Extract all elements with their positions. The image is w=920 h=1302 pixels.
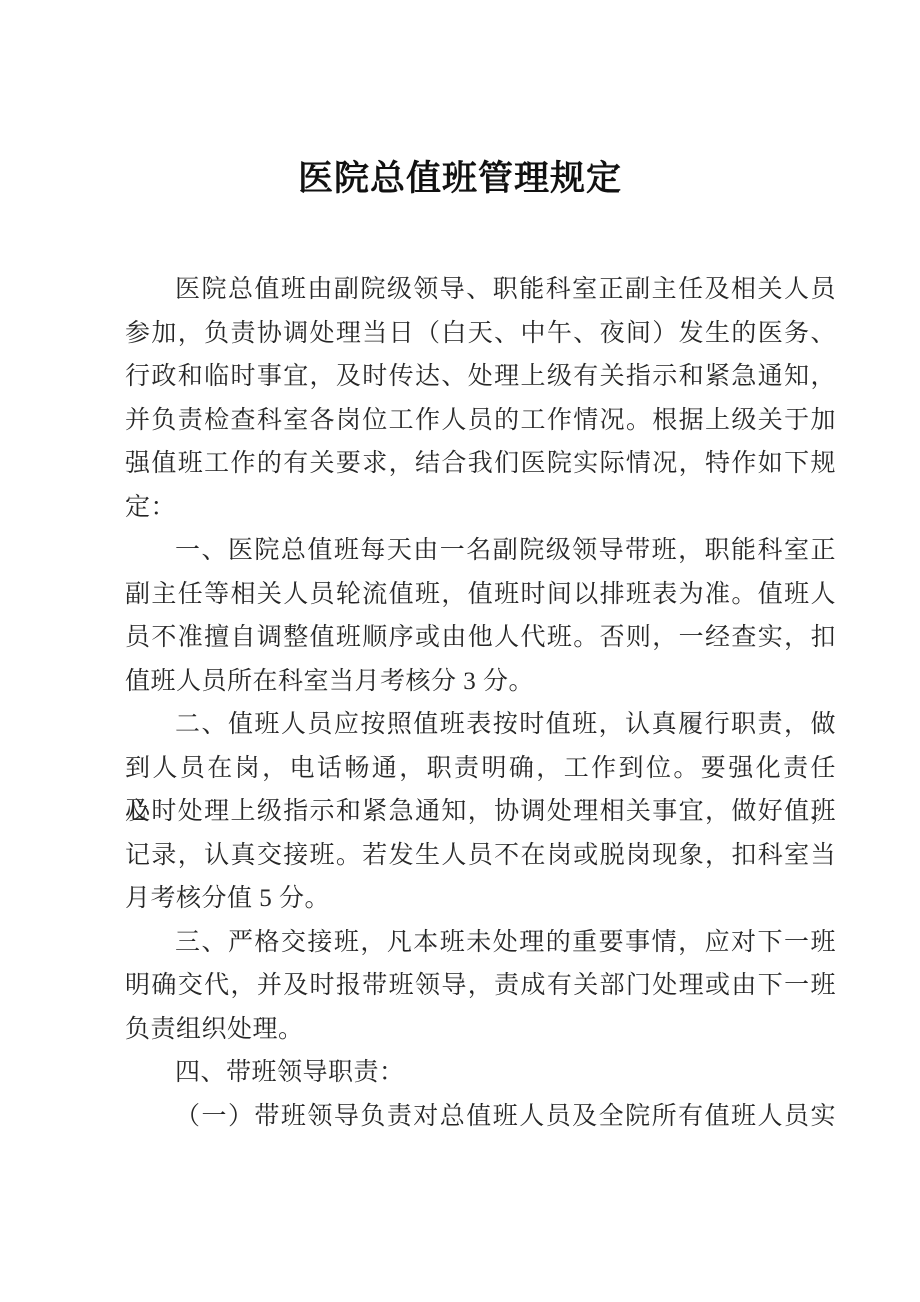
body-line: 一、医院总值班每天由一名副院级领导带班，职能科室正 xyxy=(125,529,836,573)
body-line: 行政和临时事宜，及时传达、处理上级有关指示和紧急通知， xyxy=(125,355,836,399)
body-line: 月考核分值 5 分。 xyxy=(125,877,836,921)
document-page: 医院总值班管理规定 医院总值班由副院级领导、职能科室正副主任及相关人员 参加，负… xyxy=(0,0,920,1302)
body-line: 强值班工作的有关要求，结合我们医院实际情况，特作如下规 xyxy=(125,442,836,486)
body-line: 明确交代，并及时报带班领导，责成有关部门处理或由下一班 xyxy=(125,964,836,1008)
body-line: 参加，负责协调处理当日（白天、中午、夜间）发生的医务、 xyxy=(125,312,836,356)
body-line: （一）带班领导负责对总值班人员及全院所有值班人员实 xyxy=(125,1095,836,1139)
body-line: 负责组织处理。 xyxy=(125,1008,836,1052)
body-line: 记录，认真交接班。若发生人员不在岗或脱岗现象，扣科室当 xyxy=(125,834,836,878)
body-line: 定： xyxy=(125,486,836,530)
body-line: 值班人员所在科室当月考核分 3 分。 xyxy=(125,660,836,704)
body-line: 医院总值班由副院级领导、职能科室正副主任及相关人员 xyxy=(125,268,836,312)
body-line: 副主任等相关人员轮流值班，值班时间以排班表为准。值班人 xyxy=(125,573,836,617)
body-line: 及时处理上级指示和紧急通知，协调处理相关事宜，做好值班 xyxy=(125,790,836,834)
body-line: 并负责检查科室各岗位工作人员的工作情况。根据上级关于加 xyxy=(125,399,836,443)
body-line: 到人员在岗，电话畅通，职责明确，工作到位。要强化责任心， xyxy=(125,747,836,791)
page-title: 医院总值班管理规定 xyxy=(0,155,920,203)
body-line: 二、值班人员应按照值班表按时值班，认真履行职责，做 xyxy=(125,703,836,747)
body-line: 员不准擅自调整值班顺序或由他人代班。否则，一经查实，扣 xyxy=(125,616,836,660)
body-line: 四、带班领导职责： xyxy=(125,1051,836,1095)
document-body: 医院总值班由副院级领导、职能科室正副主任及相关人员 参加，负责协调处理当日（白天… xyxy=(125,268,836,1138)
body-line: 三、严格交接班，凡本班未处理的重要事情，应对下一班 xyxy=(125,921,836,965)
